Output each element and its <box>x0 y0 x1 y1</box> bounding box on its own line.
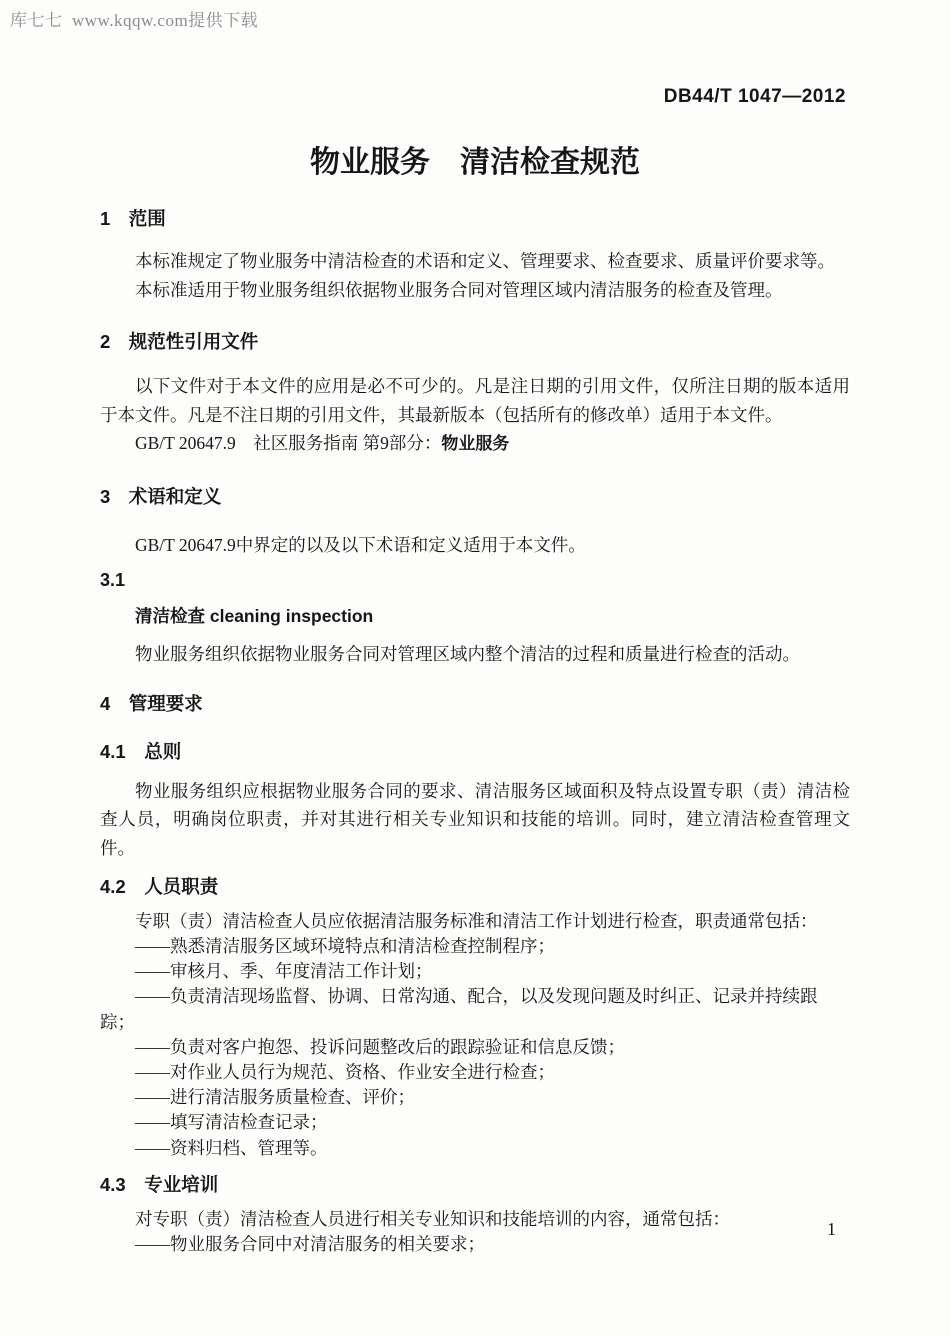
section-4-3-lead: 对专职（责）清洁检查人员进行相关专业知识和技能培训的内容，通常包括： <box>100 1206 850 1232</box>
list-item: ——填写清洁检查记录； <box>100 1110 850 1135</box>
list-item: ——对作业人员行为规范、资格、作业安全进行检查； <box>100 1060 850 1085</box>
section-4-3-training-list: ——物业服务合同中对清洁服务的相关要求； <box>100 1232 850 1257</box>
section-4-2-heading: 4.2 人员职责 <box>100 875 850 899</box>
section-3-paragraph-1: GB/T 20647.9中界定的以及以下术语和定义适用于本文件。 <box>100 531 850 560</box>
section-3-heading: 3 术语和定义 <box>100 485 850 509</box>
document-body: 1 范围 本标准规定了物业服务中清洁检查的术语和定义、管理要求、检查要求、质量评… <box>100 207 850 1257</box>
standard-number: DB44/T 1047—2012 <box>0 86 846 108</box>
section-1-heading: 1 范围 <box>100 207 850 231</box>
list-item: ——进行清洁服务质量检查、评价； <box>100 1085 850 1110</box>
term-definition: 物业服务组织依据物业服务合同对管理区域内整个清洁的过程和质量进行检查的活动。 <box>100 640 850 669</box>
term-number: 3.1 <box>100 569 850 591</box>
list-item: ——物业服务合同中对清洁服务的相关要求； <box>100 1232 850 1257</box>
section-2-heading: 2 规范性引用文件 <box>100 330 850 354</box>
section-4-2-duty-list: ——熟悉清洁服务区域环境特点和清洁检查控制程序； ——审核月、季、年度清洁工作计… <box>100 934 850 1161</box>
watermark-text: 库七七 www.kqqw.com提供下载 <box>10 6 258 31</box>
reference-title-bold: 物业服务 <box>441 434 509 453</box>
list-item: ——审核月、季、年度清洁工作计划； <box>100 959 850 984</box>
list-item: ——资料归档、管理等。 <box>100 1136 850 1161</box>
section-2-paragraph-1: 以下文件对于本文件的应用是必不可少的。凡是注日期的引用文件，仅所注日期的版本适用… <box>100 372 850 429</box>
reference-text: GB/T 20647.9 社区服务指南 第9部分： <box>135 433 441 453</box>
page-title: 物业服务 清洁检查规范 <box>0 146 950 180</box>
document-page: 库七七 www.kqqw.com提供下载 DB44/T 1047—2012 物业… <box>0 0 950 1336</box>
section-4-3-heading: 4.3 专业培训 <box>100 1173 850 1197</box>
section-4-1-paragraph: 物业服务组织应根据物业服务合同的要求、清洁服务区域面积及特点设置专职（责）清洁检… <box>100 777 850 863</box>
page-number: 1 <box>827 1218 836 1240</box>
section-1-paragraph-1: 本标准规定了物业服务中清洁检查的术语和定义、管理要求、检查要求、质量评价要求等。 <box>100 247 850 276</box>
section-4-2-lead: 专职（责）清洁检查人员应依据清洁服务标准和清洁工作计划进行检查，职责通常包括： <box>100 908 850 934</box>
list-item: ——负责清洁现场监督、协调、日常沟通、配合，以及发现问题及时纠正、记录并持续跟踪… <box>100 984 850 1034</box>
section-4-heading: 4 管理要求 <box>100 692 850 716</box>
section-4-1-heading: 4.1 总则 <box>100 740 850 764</box>
section-2-reference: GB/T 20647.9 社区服务指南 第9部分：物业服务 <box>100 429 850 459</box>
section-1-paragraph-2: 本标准适用于物业服务组织依据物业服务合同对管理区域内清洁服务的检查及管理。 <box>100 276 850 305</box>
list-item: ——熟悉清洁服务区域环境特点和清洁检查控制程序； <box>100 934 850 959</box>
list-item: ——负责对客户抱怨、投诉问题整改后的跟踪验证和信息反馈； <box>100 1035 850 1060</box>
term-entry: 清洁检查 cleaning inspection <box>100 604 850 628</box>
